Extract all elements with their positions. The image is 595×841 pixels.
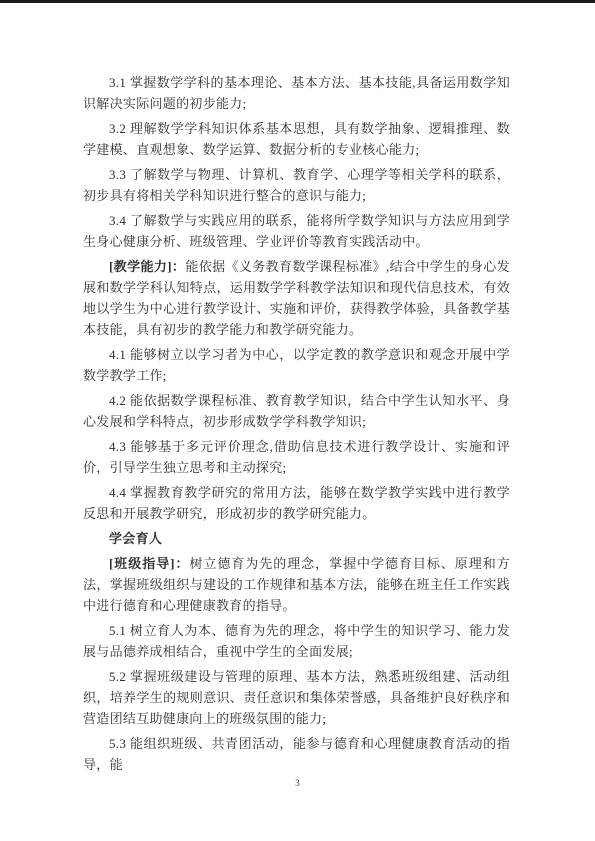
document-page: 3.1 掌握数学学科的基本理论、基本方法、基本技能,具备运用数学知识解决实际问题… [0, 0, 595, 841]
scan-edge-line [0, 0, 595, 3]
page-number: 3 [0, 778, 595, 788]
body-paragraph: 4.1 能够树立以学习者为中心，以学定教的教学意识和观念开展中学数学教学工作; [83, 344, 510, 386]
body-paragraph: 4.3 能够基于多元评价理念,借助信息技术进行教学设计、实施和评价，引导学生独立… [83, 436, 510, 478]
body-paragraph: 4.2 能依据数学课程标准、教育教学知识，结合中学生认知水平、身心发展和学科特点… [83, 390, 510, 432]
document-body: 3.1 掌握数学学科的基本理论、基本方法、基本技能,具备运用数学知识解决实际问题… [83, 72, 510, 779]
paragraph-label: [教学能力]： [109, 259, 185, 274]
labeled-paragraph: [班级指导]：树立德育为先的理念，掌握中学德育目标、原理和方法，掌握班级组织与建… [83, 553, 510, 616]
body-paragraph: 3.1 掌握数学学科的基本理论、基本方法、基本技能,具备运用数学知识解决实际问题… [83, 72, 510, 114]
body-paragraph: 3.2 理解数学学科知识体系基本思想，具有数学抽象、逻辑推理、数学建模、直观想象… [83, 118, 510, 160]
body-paragraph: 5.3 能组织班级、共青团活动，能参与德育和心理健康教育活动的指导，能 [83, 733, 510, 775]
body-paragraph: 4.4 掌握教育教学研究的常用方法，能够在数学教学实践中进行教学反思和开展教学研… [83, 482, 510, 524]
paragraph-label: [班级指导]： [109, 556, 189, 571]
body-paragraph: 5.2 掌握班级建设与管理的原理、基本方法，熟悉班级组建、活动组织，培养学生的规… [83, 666, 510, 729]
body-paragraph: 5.1 树立育人为本、德育为先的理念，将中学生的知识学习、能力发展与品德养成相结… [83, 620, 510, 662]
section-heading: 学会育人 [83, 528, 510, 549]
body-paragraph: 3.3 了解数学与物理、计算机、教育学、心理学等相关学科的联系，初步具有将相关学… [83, 164, 510, 206]
body-paragraph: 3.4 了解数学与实践应用的联系，能将所学数学知识与方法应用到学生身心健康分析、… [83, 210, 510, 252]
labeled-paragraph: [教学能力]：能依据《义务教育数学课程标准》,结合中学生的身心发展和数学学科认知… [83, 256, 510, 340]
